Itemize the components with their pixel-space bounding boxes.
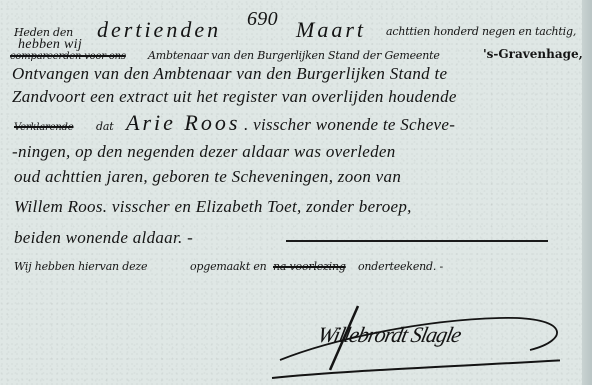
line-beiden: beiden wonende aldaar. - <box>14 228 193 248</box>
printed-ambtenaar: Ambtenaar van den Burgerlijken Stand der… <box>148 49 440 62</box>
printed-onderteekend: onderteekend. - <box>358 260 443 273</box>
handwritten-day: dertienden <box>97 17 221 43</box>
page-edge <box>582 0 592 385</box>
line-ontvangen: Ontvangen van den Ambtenaar van den Burg… <box>12 64 447 84</box>
deceased-name: Arie Roos <box>126 110 240 136</box>
document-page: 690 Heden den dertienden Maart achttien … <box>0 0 582 385</box>
printed-year: achttien honderd negen en tachtig, <box>386 25 576 38</box>
printed-wij-hebben: Wij hebben hiervan deze <box>14 260 147 273</box>
handwritten-month: Maart <box>296 17 366 43</box>
printed-dat: dat <box>96 120 113 133</box>
signature: Willebrordt Slagle <box>315 322 463 348</box>
line-ningen: -ningen, op den negenden dezer aldaar wa… <box>12 142 396 162</box>
fill-line <box>286 240 548 242</box>
struck-verklarende: Verklarende <box>14 122 73 133</box>
struck-voorlezing: na voorlezing <box>273 260 346 273</box>
printed-municipality: 's-Gravenhage, <box>483 47 583 61</box>
line-oud: oud achttien jaren, geboren te Schevenin… <box>14 167 401 187</box>
line-parents: Willem Roos. visscher en Elizabeth Toet,… <box>14 197 412 217</box>
record-number: 690 <box>247 8 278 31</box>
line-visscher-wonende: . visscher wonende te Scheve- <box>244 115 455 135</box>
struck-compareerden: compareerden voor ons <box>10 51 126 62</box>
line-zandvoort: Zandvoort een extract uit het register v… <box>12 87 457 107</box>
printed-opgemaakt: opgemaakt en <box>190 260 267 273</box>
